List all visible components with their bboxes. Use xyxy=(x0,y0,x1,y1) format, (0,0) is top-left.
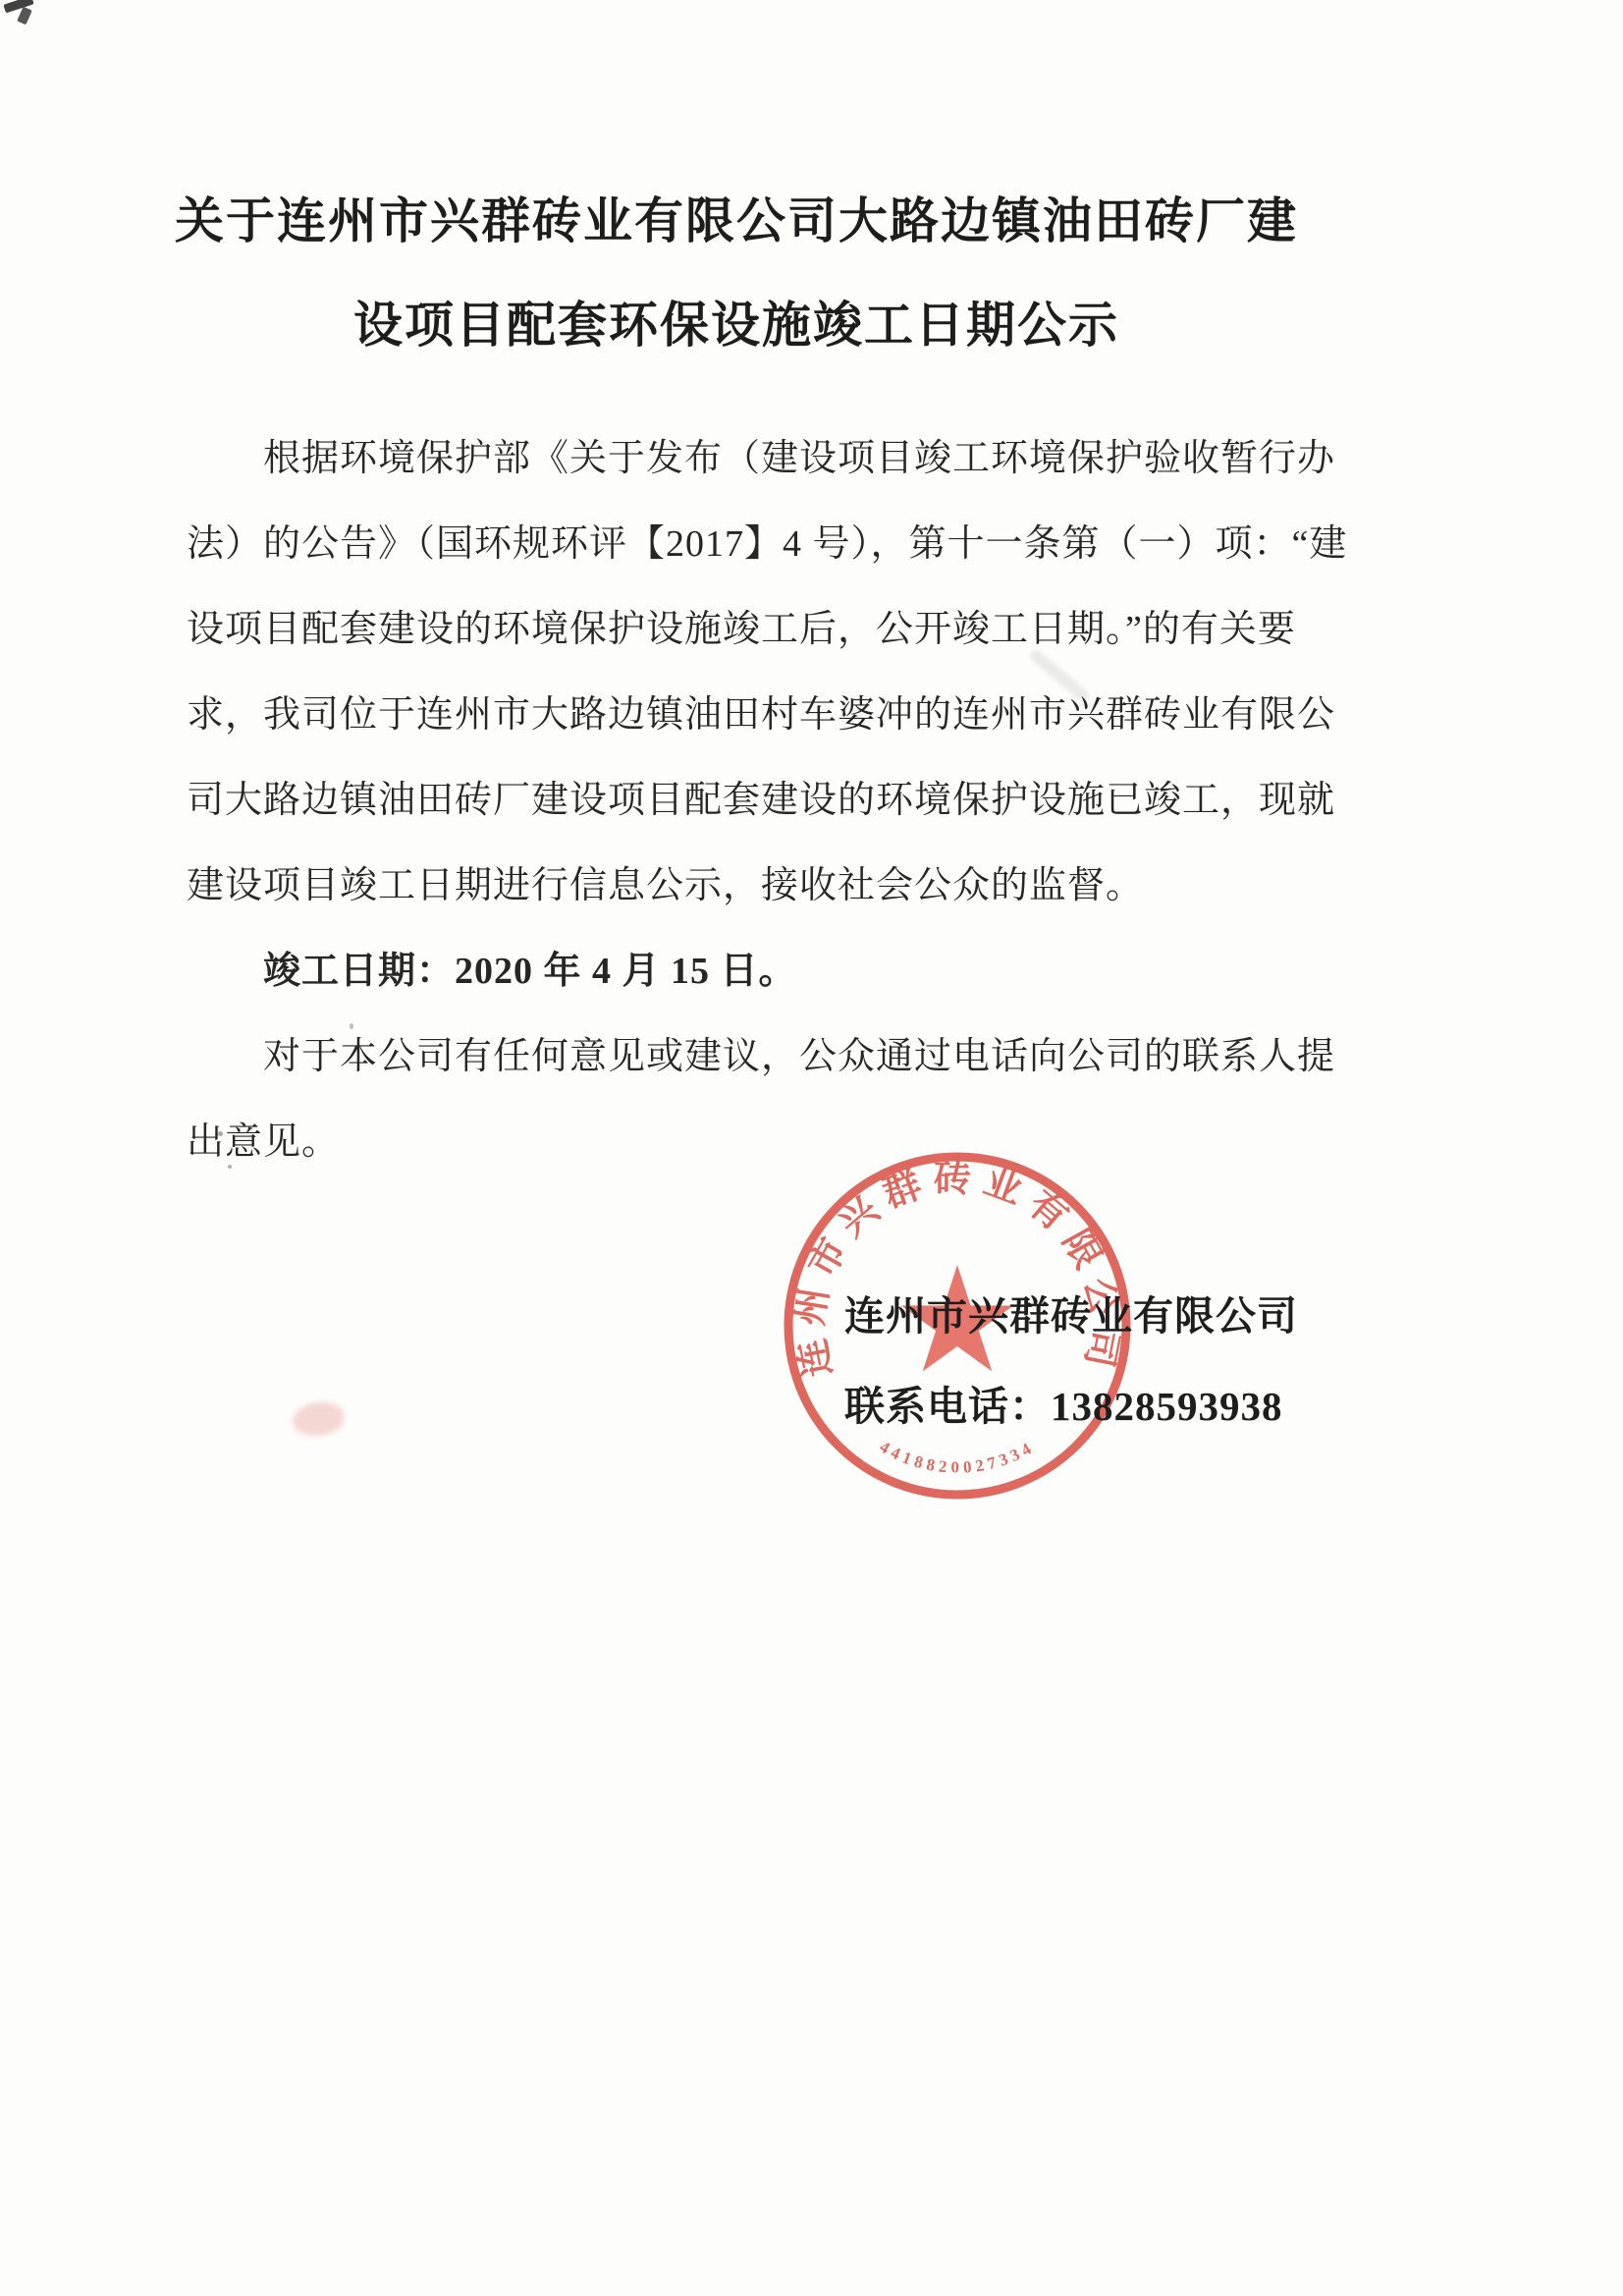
document-body: 根据环境保护部《关于发布（建设项目竣工环境保护验收暂行办 法）的公告》（国环规环… xyxy=(187,416,1296,1185)
paragraph-line: 建设项目竣工日期进行信息公示，接收社会公众的监督。 xyxy=(187,844,1296,929)
paragraph-line: 根据环境保护部《关于发布（建设项目竣工环境保护验收暂行办 xyxy=(187,416,1296,502)
signature-company-name: 连州市兴群砖业有限公司 xyxy=(844,1271,1298,1361)
document-title: 关于连州市兴群砖业有限公司大路边镇油田砖厂建 设项目配套环保设施竣工日期公示 xyxy=(167,169,1306,377)
completion-date-line: 竣工日期：2020 年 4 月 15 日。 xyxy=(187,929,1296,1014)
scan-artifact-red-smudge xyxy=(293,1402,344,1436)
scan-artifact-speck xyxy=(228,1165,232,1169)
paragraph-line: 求，我司位于连州市大路边镇油田村车婆冲的连州市兴群砖业有限公 xyxy=(187,673,1296,758)
paragraph-line: 设项目配套建设的环境保护设施竣工后，公开竣工日期。”的有关要 xyxy=(187,587,1296,673)
signature-phone-line: 联系电话：13828593938 xyxy=(844,1361,1298,1451)
title-line-2: 设项目配套环保设施竣工日期公示 xyxy=(167,273,1306,377)
scan-artifact-speck xyxy=(350,1023,353,1029)
signature-block: 连州市兴群砖业有限公司 联系电话：13828593938 xyxy=(844,1271,1298,1451)
paragraph-regulation: 根据环境保护部《关于发布（建设项目竣工环境保护验收暂行办 法）的公告》（国环规环… xyxy=(187,416,1296,929)
scan-artifact-speck xyxy=(218,1131,223,1136)
paragraph-line: 司大路边镇油田砖厂建设项目配套建设的环境保护设施已竣工，现就 xyxy=(187,758,1296,844)
title-line-1: 关于连州市兴群砖业有限公司大路边镇油田砖厂建 xyxy=(167,169,1306,273)
paragraph-line: 法）的公告》（国环规环评【2017】4 号），第十一条第（一）项：“建 xyxy=(187,502,1296,587)
scan-artifact-corner-mark xyxy=(17,7,32,26)
document-page: 关于连州市兴群砖业有限公司大路边镇油田砖厂建 设项目配套环保设施竣工日期公示 根… xyxy=(0,0,1623,2296)
